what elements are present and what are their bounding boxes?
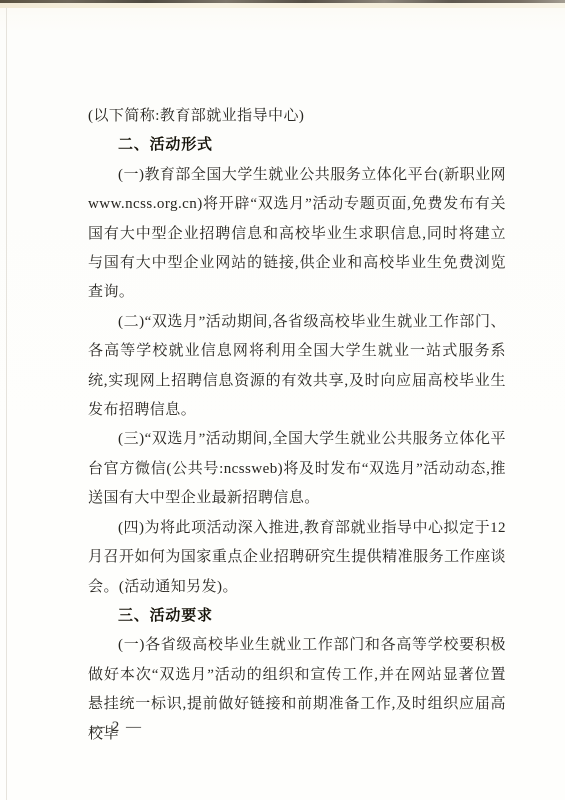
paragraph-item-1-platform: (一)教育部全国大学生就业公共服务立体化平台(新职业网www.ncss.org.…	[88, 161, 506, 308]
paragraph-item-2-provincial-networks: (二)“双选月”活动期间,各省级高校毕业生就业工作部门、各高等学校就业信息网将利…	[88, 308, 506, 426]
document-body: (以下简称:教育部就业指导中心) 二、活动形式 (一)教育部全国大学生就业公共服…	[88, 102, 506, 749]
paragraph-item-5-organization: (一)各省级高校毕业生就业工作部门和各高等学校要积极做好本次“双选月”活动的组织…	[88, 631, 506, 749]
section-heading-activity-format: 二、活动形式	[88, 131, 506, 160]
paragraph-continuation: (以下简称:教育部就业指导中心)	[88, 102, 506, 131]
page-number: — 2 —	[90, 719, 143, 736]
section-heading-activity-requirements: 三、活动要求	[88, 602, 506, 631]
scan-edge-left	[6, 8, 7, 800]
paragraph-item-4-symposium: (四)为将此项活动深入推进,教育部就业指导中心拟定于12月召开如何为国家重点企业…	[88, 514, 506, 602]
document-page: (以下简称:教育部就业指导中心) 二、活动形式 (一)教育部全国大学生就业公共服…	[0, 0, 565, 800]
scan-edge-cream-band	[0, 3, 565, 8]
paragraph-item-3-wechat: (三)“双选月”活动期间,全国大学生就业公共服务立体化平台官方微信(公共号:nc…	[88, 425, 506, 513]
